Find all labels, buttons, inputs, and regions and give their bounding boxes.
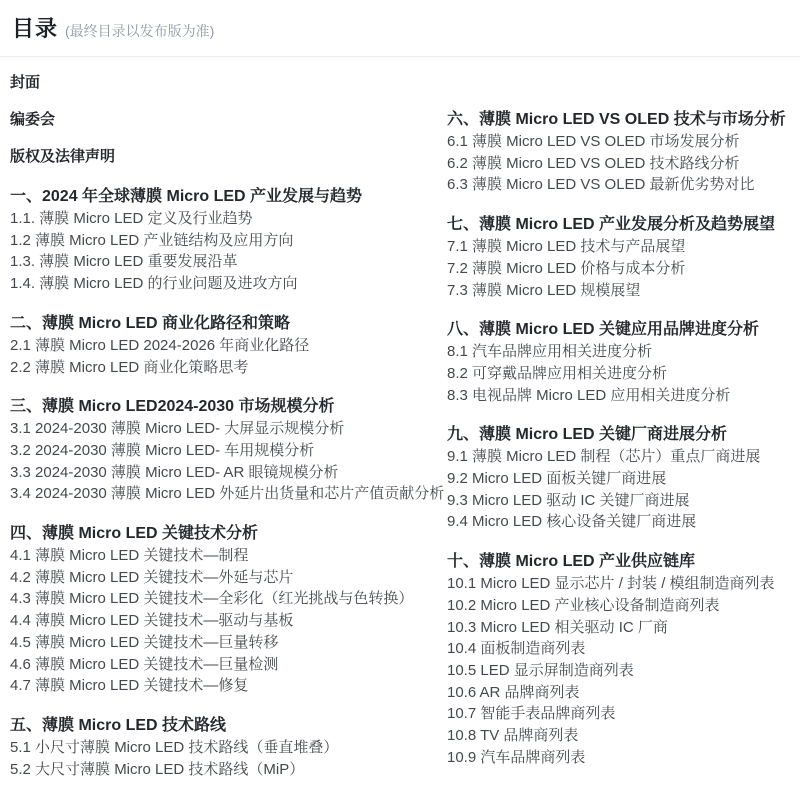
toc-page: 目录 (最终目录以发布版为准) 封面编委会版权及法律声明一、2024 年全球薄膜…	[0, 0, 800, 800]
toc-section-title: 二、薄膜 Micro LED 商业化路径和策略	[10, 312, 447, 335]
toc-item: 7.3 薄膜 Micro LED 规模展望	[447, 280, 792, 302]
toc-section-title: 八、薄膜 Micro LED 关键应用品牌进度分析	[447, 318, 792, 341]
toc-item: 10.9 汽车品牌商列表	[447, 747, 792, 769]
toc-item: 4.7 薄膜 Micro LED 关键技术—修复	[10, 675, 447, 697]
toc-item: 6.2 薄膜 Micro LED VS OLED 技术路线分析	[447, 153, 792, 175]
toc-item: 7.1 薄膜 Micro LED 技术与产品展望	[447, 236, 792, 258]
toc-section-title: 十、薄膜 Micro LED 产业供应链库	[447, 550, 792, 573]
toc-section-title: 五、薄膜 Micro LED 技术路线	[10, 714, 447, 737]
page-title-note: (最终目录以发布版为准)	[65, 21, 214, 41]
toc-item: 1.3. 薄膜 Micro LED 重要发展沿革	[10, 251, 447, 273]
toc-section: 三、薄膜 Micro LED2024-2030 市场规模分析3.1 2024-2…	[10, 395, 447, 505]
toc-item: 4.5 薄膜 Micro LED 关键技术—巨量转移	[10, 632, 447, 654]
toc-item: 3.1 2024-2030 薄膜 Micro LED- 大屏显示规模分析	[10, 418, 447, 440]
toc-section-title: 三、薄膜 Micro LED2024-2030 市场规模分析	[10, 395, 447, 418]
toc-item: 10.3 Micro LED 相关驱动 IC 厂商	[447, 617, 792, 639]
toc-item: 4.1 薄膜 Micro LED 关键技术—制程	[10, 545, 447, 567]
toc-item: 8.3 电视品牌 Micro LED 应用相关进度分析	[447, 385, 792, 407]
toc-item: 9.2 Micro LED 面板关键厂商进展	[447, 468, 792, 490]
toc-item: 8.2 可穿戴品牌应用相关进度分析	[447, 363, 792, 385]
page-header: 目录 (最终目录以发布版为准)	[10, 8, 792, 56]
toc-column-right: 六、薄膜 Micro LED VS OLED 技术与市场分析6.1 薄膜 Mic…	[447, 57, 792, 780]
toc-item: 10.4 面板制造商列表	[447, 638, 792, 660]
toc-item: 1.4. 薄膜 Micro LED 的行业问题及进攻方向	[10, 273, 447, 295]
toc-column-left: 封面编委会版权及法律声明一、2024 年全球薄膜 Micro LED 产业发展与…	[10, 57, 447, 780]
front-matter-item: 编委会	[10, 109, 447, 131]
toc-section: 六、薄膜 Micro LED VS OLED 技术与市场分析6.1 薄膜 Mic…	[447, 108, 792, 196]
toc-item: 3.3 2024-2030 薄膜 Micro LED- AR 眼镜规模分析	[10, 462, 447, 484]
toc-section-title: 六、薄膜 Micro LED VS OLED 技术与市场分析	[447, 108, 792, 131]
toc-section: 十、薄膜 Micro LED 产业供应链库10.1 Micro LED 显示芯片…	[447, 550, 792, 768]
toc-item: 2.2 薄膜 Micro LED 商业化策略思考	[10, 357, 447, 379]
front-matter-item: 版权及法律声明	[10, 146, 447, 168]
toc-item: 5.2 大尺寸薄膜 Micro LED 技术路线（MiP）	[10, 759, 447, 781]
front-matter-item: 封面	[10, 72, 447, 94]
toc-item: 1.2 薄膜 Micro LED 产业链结构及应用方向	[10, 230, 447, 252]
toc-item: 10.5 LED 显示屏制造商列表	[447, 660, 792, 682]
toc-item: 6.1 薄膜 Micro LED VS OLED 市场发展分析	[447, 131, 792, 153]
toc-item: 2.1 薄膜 Micro LED 2024-2026 年商业化路径	[10, 335, 447, 357]
toc-item: 3.2 2024-2030 薄膜 Micro LED- 车用规模分析	[10, 440, 447, 462]
page-title: 目录	[12, 12, 58, 43]
toc-columns: 封面编委会版权及法律声明一、2024 年全球薄膜 Micro LED 产业发展与…	[10, 57, 792, 780]
toc-item: 10.2 Micro LED 产业核心设备制造商列表	[447, 595, 792, 617]
toc-item: 9.1 薄膜 Micro LED 制程（芯片）重点厂商进展	[447, 446, 792, 468]
toc-item: 6.3 薄膜 Micro LED VS OLED 最新优劣势对比	[447, 174, 792, 196]
toc-item: 7.2 薄膜 Micro LED 价格与成本分析	[447, 258, 792, 280]
toc-section-title: 一、2024 年全球薄膜 Micro LED 产业发展与趋势	[10, 185, 447, 208]
toc-item: 10.1 Micro LED 显示芯片 / 封装 / 模组制造商列表	[447, 573, 792, 595]
toc-section-title: 九、薄膜 Micro LED 关键厂商进展分析	[447, 423, 792, 446]
toc-item: 4.6 薄膜 Micro LED 关键技术—巨量检测	[10, 654, 447, 676]
toc-item: 4.4 薄膜 Micro LED 关键技术—驱动与基板	[10, 610, 447, 632]
toc-section: 八、薄膜 Micro LED 关键应用品牌进度分析8.1 汽车品牌应用相关进度分…	[447, 318, 792, 406]
toc-item: 10.8 TV 品牌商列表	[447, 725, 792, 747]
toc-section-title: 七、薄膜 Micro LED 产业发展分析及趋势展望	[447, 213, 792, 236]
toc-item: 3.4 2024-2030 薄膜 Micro LED 外延片出货量和芯片产值贡献…	[10, 483, 447, 505]
toc-section: 一、2024 年全球薄膜 Micro LED 产业发展与趋势1.1. 薄膜 Mi…	[10, 185, 447, 295]
toc-item: 9.4 Micro LED 核心设备关键厂商进展	[447, 511, 792, 533]
toc-section: 五、薄膜 Micro LED 技术路线5.1 小尺寸薄膜 Micro LED 技…	[10, 714, 447, 780]
toc-item: 10.6 AR 品牌商列表	[447, 682, 792, 704]
toc-section-title: 四、薄膜 Micro LED 关键技术分析	[10, 522, 447, 545]
toc-item: 8.1 汽车品牌应用相关进度分析	[447, 341, 792, 363]
toc-section: 七、薄膜 Micro LED 产业发展分析及趋势展望7.1 薄膜 Micro L…	[447, 213, 792, 301]
toc-item: 1.1. 薄膜 Micro LED 定义及行业趋势	[10, 208, 447, 230]
toc-item: 9.3 Micro LED 驱动 IC 关键厂商进展	[447, 490, 792, 512]
toc-item: 4.3 薄膜 Micro LED 关键技术—全彩化（红光挑战与色转换）	[10, 588, 447, 610]
toc-section: 四、薄膜 Micro LED 关键技术分析4.1 薄膜 Micro LED 关键…	[10, 522, 447, 697]
toc-item: 10.7 智能手表品牌商列表	[447, 703, 792, 725]
toc-section: 九、薄膜 Micro LED 关键厂商进展分析9.1 薄膜 Micro LED …	[447, 423, 792, 533]
toc-item: 4.2 薄膜 Micro LED 关键技术—外延与芯片	[10, 567, 447, 589]
toc-section: 二、薄膜 Micro LED 商业化路径和策略2.1 薄膜 Micro LED …	[10, 312, 447, 378]
toc-item: 5.1 小尺寸薄膜 Micro LED 技术路线（垂直堆叠）	[10, 737, 447, 759]
